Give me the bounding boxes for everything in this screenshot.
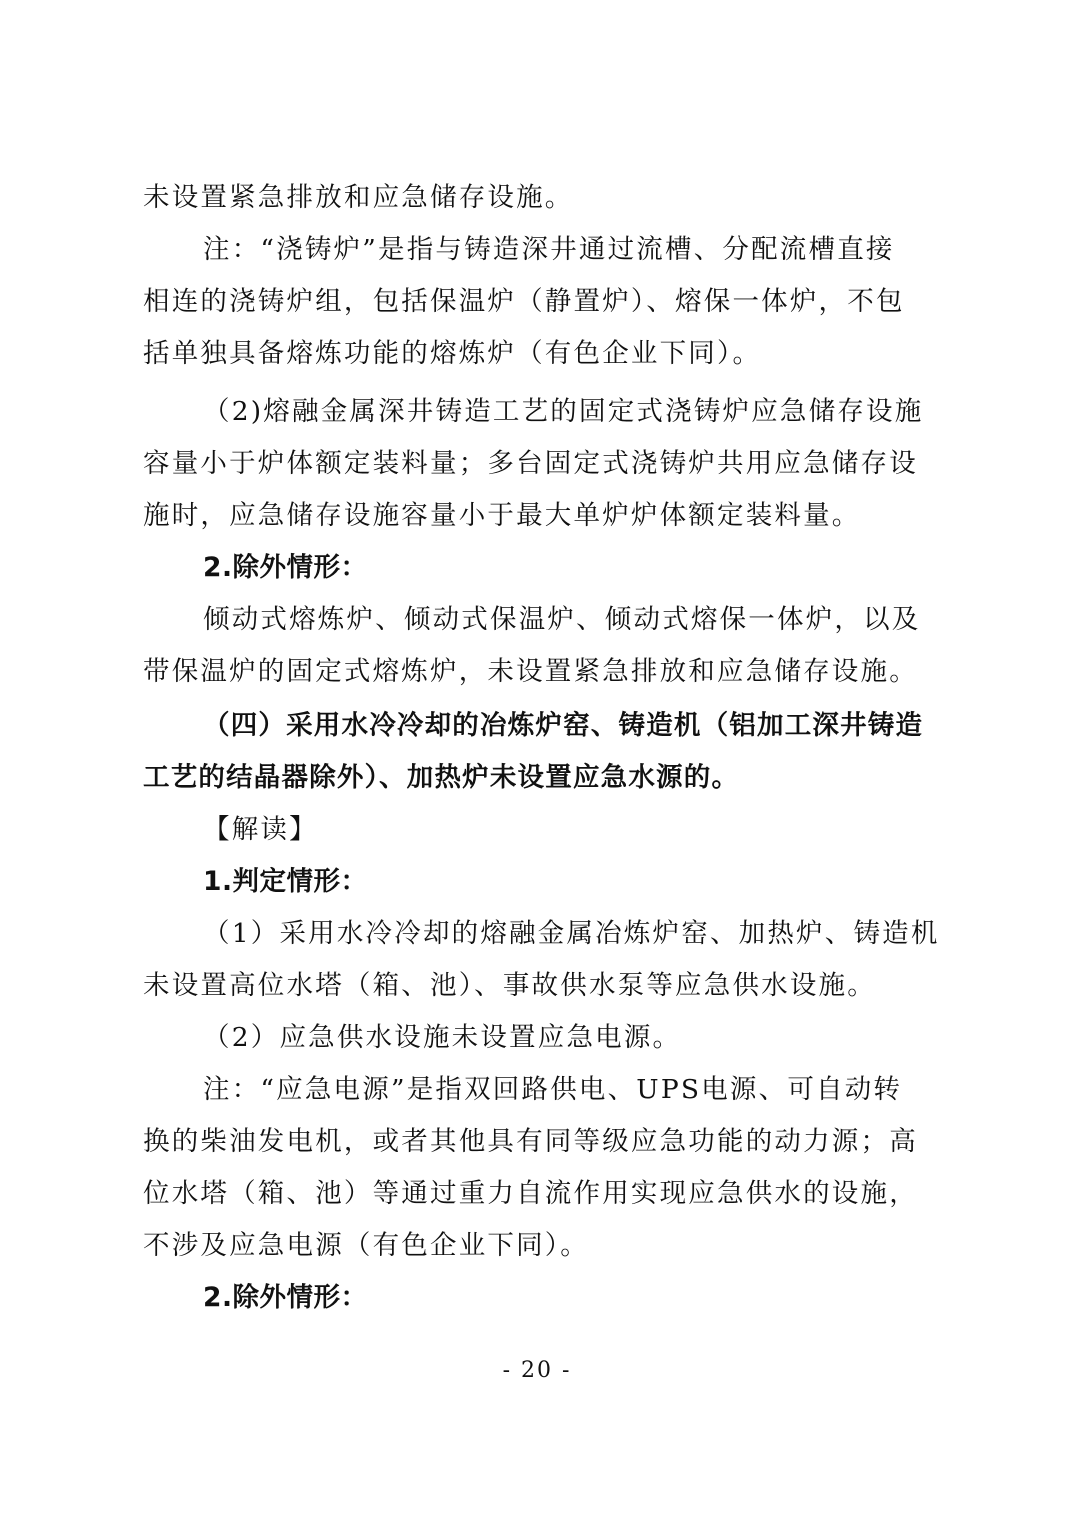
section-heading: 工艺的结晶器除外）、加热炉未设置应急水源的。 bbox=[143, 760, 933, 796]
paragraph-line: 未设置紧急排放和应急储存设施。 bbox=[143, 180, 933, 216]
paragraph-line: 括单独具备熔炼功能的熔炼炉（有色企业下同）。 bbox=[143, 336, 933, 372]
section-heading: （四）采用水冷冷却的冶炼炉窑、铸造机（铝加工深井铸造 bbox=[203, 708, 993, 744]
paragraph-line: 换的柴油发电机，或者其他具有同等级应急功能的动力源；高 bbox=[143, 1124, 933, 1160]
subheading: 2.除外情形： bbox=[203, 550, 993, 586]
paragraph-line: 容量小于炉体额定装料量；多台固定式浇铸炉共用应急储存设 bbox=[143, 446, 933, 482]
paragraph-line: 未设置高位水塔（箱、池）、事故供水泵等应急供水设施。 bbox=[143, 968, 933, 1004]
paragraph-line: 不涉及应急电源（有色企业下同）。 bbox=[143, 1228, 933, 1264]
page-number: - 20 - bbox=[0, 1356, 1074, 1386]
paragraph-line: 位水塔（箱、池）等通过重力自流作用实现应急供水的设施， bbox=[143, 1176, 933, 1212]
note-line: 注：“应急电源”是指双回路供电、UPS电源、可自动转 bbox=[203, 1072, 993, 1108]
paragraph-line: 施时，应急储存设施容量小于最大单炉炉体额定装料量。 bbox=[143, 498, 933, 534]
interpretation-label: 【解读】 bbox=[203, 812, 993, 848]
note-line: 注：“浇铸炉”是指与铸造深井通过流槽、分配流槽直接 bbox=[203, 232, 993, 268]
paragraph-line: 相连的浇铸炉组，包括保温炉（静置炉）、熔保一体炉，不包 bbox=[143, 284, 933, 320]
paragraph-line: （1）采用水冷冷却的熔融金属冶炼炉窑、加热炉、铸造机 bbox=[203, 916, 993, 952]
paragraph-line: （2)熔融金属深井铸造工艺的固定式浇铸炉应急储存设施 bbox=[203, 394, 993, 430]
subheading: 1.判定情形： bbox=[203, 864, 993, 900]
paragraph-line: 带保温炉的固定式熔炼炉，未设置紧急排放和应急储存设施。 bbox=[143, 654, 933, 690]
paragraph-line: （2）应急供水设施未设置应急电源。 bbox=[203, 1020, 993, 1056]
paragraph-line: 倾动式熔炼炉、倾动式保温炉、倾动式熔保一体炉，以及 bbox=[203, 602, 993, 638]
subheading: 2.除外情形： bbox=[203, 1280, 993, 1316]
document-page: 未设置紧急排放和应急储存设施。 注：“浇铸炉”是指与铸造深井通过流槽、分配流槽直… bbox=[0, 0, 1074, 1520]
